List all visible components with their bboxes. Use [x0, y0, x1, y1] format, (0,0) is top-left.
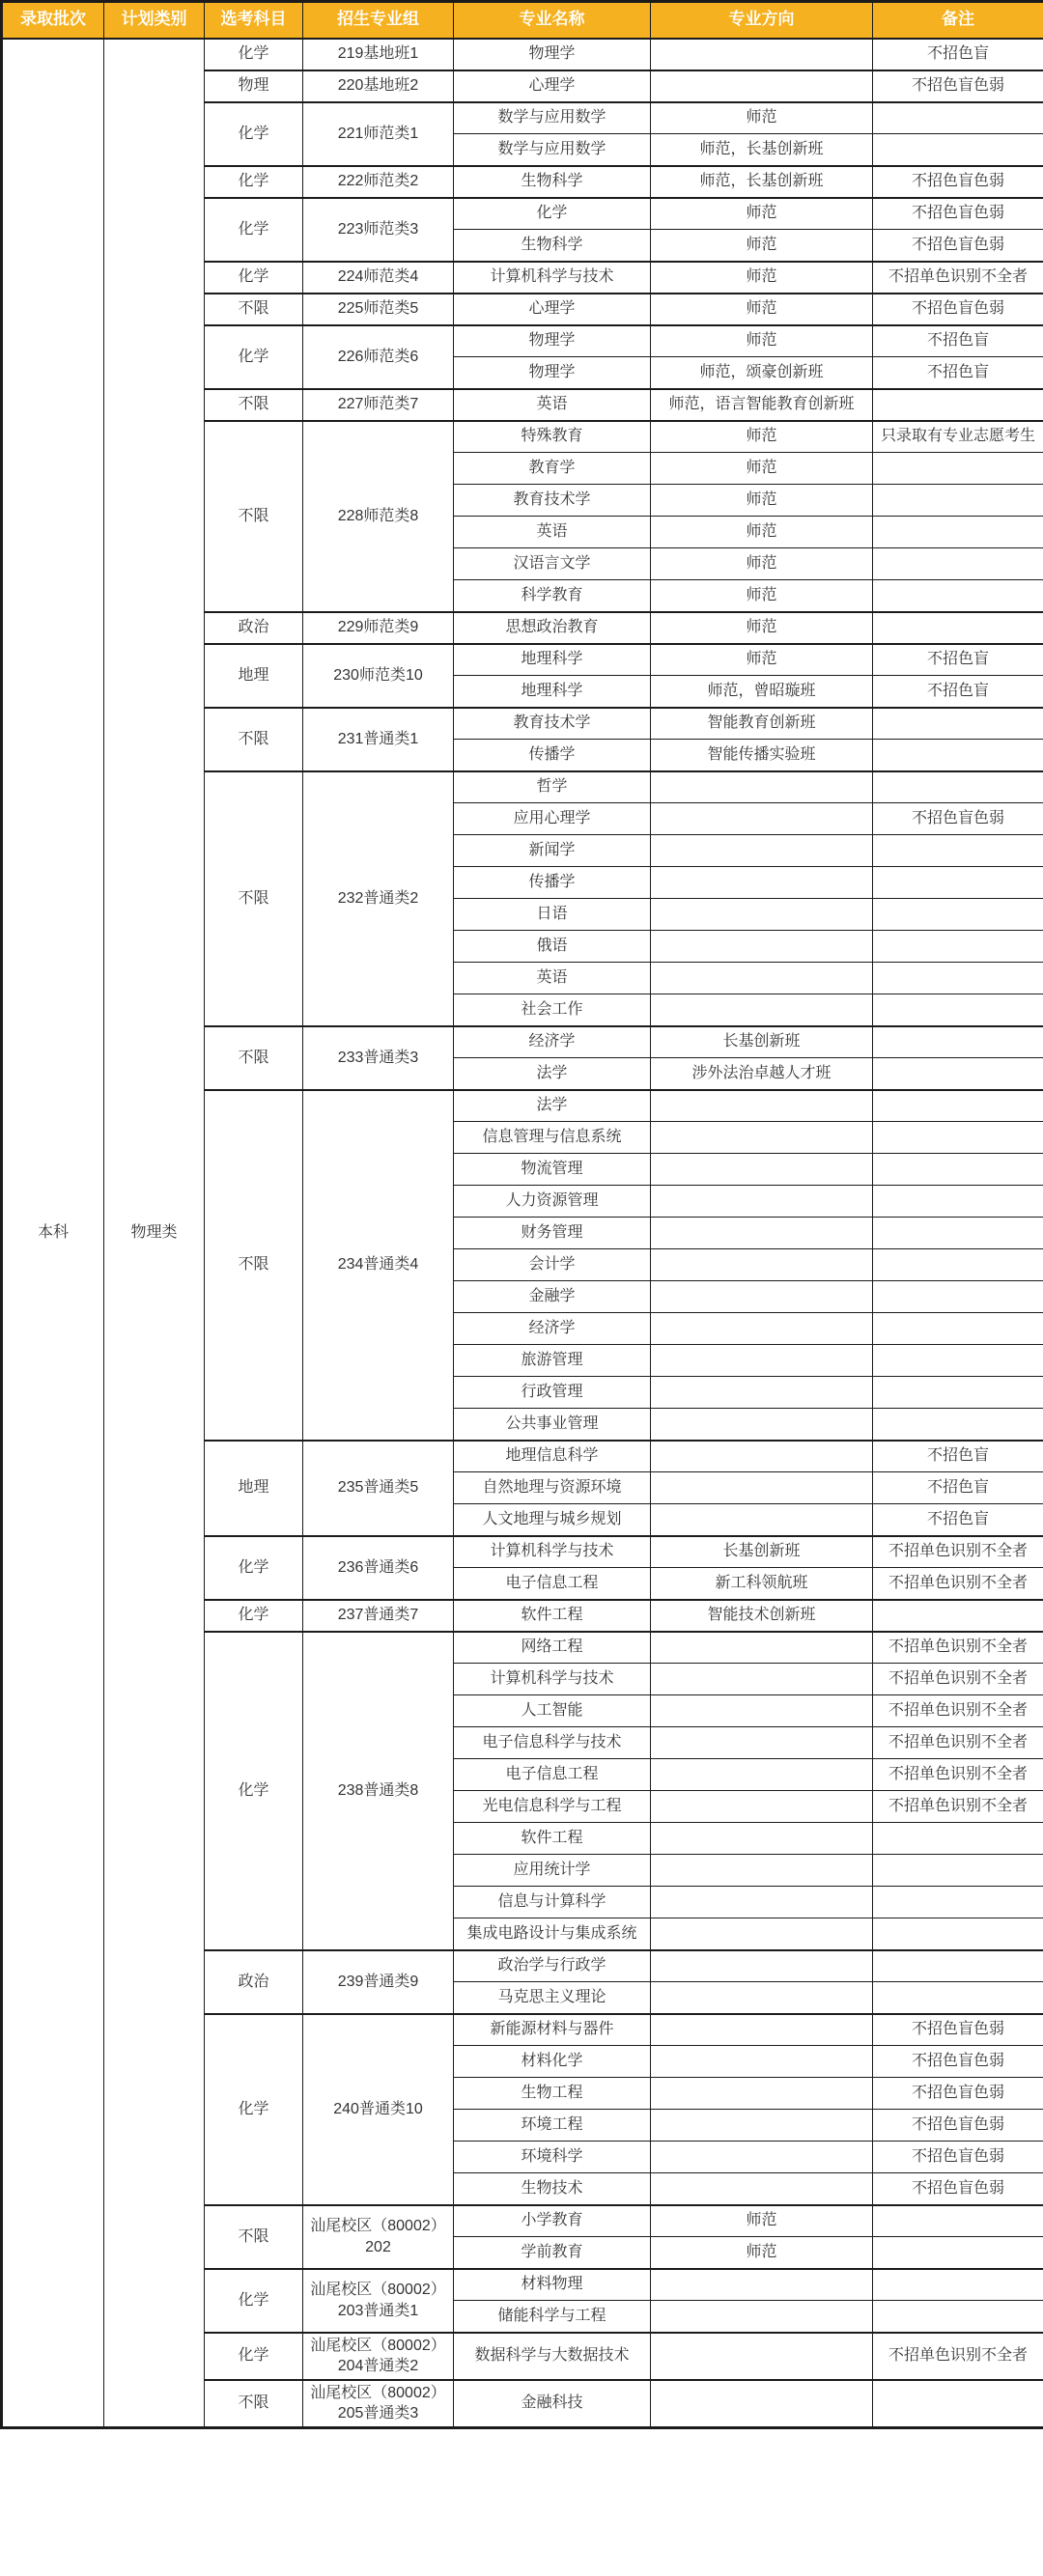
- major-direction-cell: [651, 2014, 873, 2046]
- major-direction-cell: 智能传播实验班: [651, 740, 873, 771]
- major-name-cell: 行政管理: [454, 1377, 651, 1409]
- major-group-cell: 224师范类4: [303, 262, 454, 294]
- major-direction-cell: [651, 1122, 873, 1154]
- remark-cell: 不招色盲色弱: [873, 2014, 1043, 2046]
- col-header-plan-category: 计划类别: [104, 2, 205, 39]
- major-direction-cell: 涉外法治卓越人才班: [651, 1058, 873, 1090]
- major-name-cell: 物理学: [454, 357, 651, 389]
- major-group-cell: 239普通类9: [303, 1950, 454, 2014]
- remark-cell: 不招色盲: [873, 39, 1043, 70]
- batch-cell: 本科: [2, 39, 104, 2428]
- major-direction-cell: 师范: [651, 2237, 873, 2269]
- major-direction-cell: [651, 1887, 873, 1918]
- major-direction-cell: [651, 1090, 873, 1122]
- remark-cell: [873, 740, 1043, 771]
- subject-cell: 化学: [205, 1632, 303, 1950]
- subject-cell: 不限: [205, 771, 303, 1026]
- remark-cell: [873, 1281, 1043, 1313]
- major-name-cell: 软件工程: [454, 1823, 651, 1855]
- major-direction-cell: [651, 1950, 873, 1982]
- subject-cell: 地理: [205, 1441, 303, 1536]
- subject-cell: 不限: [205, 294, 303, 325]
- major-name-cell: 新能源材料与器件: [454, 2014, 651, 2046]
- major-name-cell: 思想政治教育: [454, 612, 651, 644]
- remark-cell: 不招单色识别不全者: [873, 2333, 1043, 2380]
- major-direction-cell: 师范: [651, 2205, 873, 2237]
- major-name-cell: 俄语: [454, 931, 651, 963]
- major-direction-cell: [651, 1632, 873, 1664]
- header-row: 录取批次 计划类别 选考科目 招生专业组 专业名称 专业方向 备注: [2, 2, 1043, 39]
- major-group-cell: 229师范类9: [303, 612, 454, 644]
- major-group-cell: 228师范类8: [303, 421, 454, 612]
- remark-cell: 不招单色识别不全者: [873, 1632, 1043, 1664]
- major-direction-cell: 师范: [651, 294, 873, 325]
- major-name-cell: 计算机科学与技术: [454, 1664, 651, 1695]
- major-name-cell: 物理学: [454, 325, 651, 357]
- remark-cell: [873, 835, 1043, 867]
- major-name-cell: 软件工程: [454, 1600, 651, 1632]
- col-header-major-group: 招生专业组: [303, 2, 454, 39]
- remark-cell: 不招单色识别不全者: [873, 262, 1043, 294]
- major-direction-cell: 智能技术创新班: [651, 1600, 873, 1632]
- major-name-cell: 特殊教育: [454, 421, 651, 453]
- major-name-cell: 物理学: [454, 39, 651, 70]
- remark-cell: 不招色盲: [873, 644, 1043, 676]
- subject-cell: 不限: [205, 2380, 303, 2428]
- remark-cell: 不招色盲色弱: [873, 166, 1043, 198]
- major-direction-cell: [651, 1377, 873, 1409]
- major-direction-cell: [651, 1982, 873, 2014]
- major-direction-cell: [651, 2110, 873, 2142]
- major-name-cell: 传播学: [454, 867, 651, 899]
- major-group-cell: 234普通类4: [303, 1090, 454, 1441]
- major-name-cell: 传播学: [454, 740, 651, 771]
- major-group-cell: 235普通类5: [303, 1441, 454, 1536]
- remark-cell: 不招单色识别不全者: [873, 1791, 1043, 1823]
- major-name-cell: 教育技术学: [454, 708, 651, 740]
- major-direction-cell: 长基创新班: [651, 1536, 873, 1568]
- remark-cell: [873, 1154, 1043, 1186]
- admission-plan-page: 录取批次 计划类别 选考科目 招生专业组 专业名称 专业方向 备注 本科物理类化…: [0, 0, 1043, 2576]
- remark-cell: [873, 1186, 1043, 1218]
- major-direction-cell: 师范，长基创新班: [651, 166, 873, 198]
- remark-cell: [873, 708, 1043, 740]
- remark-cell: [873, 102, 1043, 134]
- remark-cell: [873, 134, 1043, 166]
- major-direction-cell: [651, 70, 873, 102]
- major-direction-cell: [651, 2269, 873, 2301]
- major-name-cell: 学前教育: [454, 2237, 651, 2269]
- remark-cell: [873, 2205, 1043, 2237]
- remark-cell: 不招单色识别不全者: [873, 1568, 1043, 1600]
- major-name-cell: 马克思主义理论: [454, 1982, 651, 2014]
- major-direction-cell: [651, 1186, 873, 1218]
- remark-cell: [873, 1090, 1043, 1122]
- major-name-cell: 计算机科学与技术: [454, 1536, 651, 1568]
- major-name-cell: 电子信息工程: [454, 1759, 651, 1791]
- major-name-cell: 人力资源管理: [454, 1186, 651, 1218]
- major-direction-cell: 师范: [651, 644, 873, 676]
- major-direction-cell: 师范，曾昭璇班: [651, 676, 873, 708]
- remark-cell: [873, 612, 1043, 644]
- major-direction-cell: 长基创新班: [651, 1026, 873, 1058]
- major-group-cell: 240普通类10: [303, 2014, 454, 2205]
- subject-cell: 物理: [205, 70, 303, 102]
- major-name-cell: 计算机科学与技术: [454, 262, 651, 294]
- remark-cell: 不招色盲: [873, 1441, 1043, 1472]
- major-name-cell: 集成电路设计与集成系统: [454, 1918, 651, 1950]
- major-direction-cell: 师范，长基创新班: [651, 134, 873, 166]
- remark-cell: 不招单色识别不全者: [873, 1536, 1043, 1568]
- major-name-cell: 自然地理与资源环境: [454, 1472, 651, 1504]
- remark-cell: 不招色盲: [873, 676, 1043, 708]
- major-group-cell: 231普通类1: [303, 708, 454, 771]
- major-name-cell: 英语: [454, 389, 651, 421]
- remark-cell: 不招色盲色弱: [873, 803, 1043, 835]
- remark-cell: 不招单色识别不全者: [873, 1727, 1043, 1759]
- major-direction-cell: [651, 2333, 873, 2380]
- remark-cell: [873, 1377, 1043, 1409]
- major-name-cell: 材料化学: [454, 2046, 651, 2078]
- major-direction-cell: 师范: [651, 102, 873, 134]
- remark-cell: [873, 1855, 1043, 1887]
- major-name-cell: 数学与应用数学: [454, 134, 651, 166]
- major-direction-cell: [651, 994, 873, 1026]
- major-name-cell: 教育技术学: [454, 485, 651, 517]
- subject-cell: 不限: [205, 1026, 303, 1090]
- major-group-cell: 225师范类5: [303, 294, 454, 325]
- major-name-cell: 新闻学: [454, 835, 651, 867]
- major-direction-cell: [651, 1345, 873, 1377]
- major-direction-cell: [651, 2173, 873, 2205]
- major-name-cell: 网络工程: [454, 1632, 651, 1664]
- major-name-cell: 生物科学: [454, 166, 651, 198]
- major-name-cell: 英语: [454, 517, 651, 548]
- plan-category-cell: 物理类: [104, 39, 205, 2428]
- remark-cell: [873, 867, 1043, 899]
- major-group-cell: 汕尾校区（80002）204普通类2: [303, 2333, 454, 2380]
- major-direction-cell: [651, 2380, 873, 2428]
- major-name-cell: 电子信息科学与技术: [454, 1727, 651, 1759]
- major-name-cell: 日语: [454, 899, 651, 931]
- major-group-cell: 233普通类3: [303, 1026, 454, 1090]
- major-name-cell: 地理科学: [454, 676, 651, 708]
- major-group-cell: 220基地班2: [303, 70, 454, 102]
- remark-cell: [873, 1026, 1043, 1058]
- major-name-cell: 经济学: [454, 1313, 651, 1345]
- remark-cell: 不招色盲色弱: [873, 2078, 1043, 2110]
- major-name-cell: 社会工作: [454, 994, 651, 1026]
- subject-cell: 化学: [205, 39, 303, 70]
- major-name-cell: 数学与应用数学: [454, 102, 651, 134]
- major-name-cell: 会计学: [454, 1249, 651, 1281]
- major-direction-cell: [651, 1695, 873, 1727]
- major-direction-cell: 师范，颂豪创新班: [651, 357, 873, 389]
- major-name-cell: 电子信息工程: [454, 1568, 651, 1600]
- major-group-cell: 222师范类2: [303, 166, 454, 198]
- major-name-cell: 心理学: [454, 294, 651, 325]
- subject-cell: 不限: [205, 2205, 303, 2269]
- remark-cell: 不招单色识别不全者: [873, 1695, 1043, 1727]
- major-name-cell: 财务管理: [454, 1218, 651, 1249]
- remark-cell: 不招色盲: [873, 357, 1043, 389]
- remark-cell: [873, 771, 1043, 803]
- remark-cell: [873, 517, 1043, 548]
- major-direction-cell: 师范: [651, 517, 873, 548]
- major-name-cell: 应用心理学: [454, 803, 651, 835]
- remark-cell: 不招色盲色弱: [873, 2046, 1043, 2078]
- major-direction-cell: 师范: [651, 421, 873, 453]
- remark-cell: [873, 1982, 1043, 2014]
- major-name-cell: 生物工程: [454, 2078, 651, 2110]
- major-name-cell: 化学: [454, 198, 651, 230]
- major-direction-cell: [651, 931, 873, 963]
- remark-cell: [873, 963, 1043, 994]
- major-direction-cell: [651, 899, 873, 931]
- major-name-cell: 公共事业管理: [454, 1409, 651, 1441]
- remark-cell: [873, 1313, 1043, 1345]
- major-group-cell: 219基地班1: [303, 39, 454, 70]
- major-name-cell: 信息管理与信息系统: [454, 1122, 651, 1154]
- major-direction-cell: 师范: [651, 325, 873, 357]
- subject-cell: 化学: [205, 262, 303, 294]
- subject-cell: 化学: [205, 198, 303, 262]
- remark-cell: [873, 485, 1043, 517]
- major-direction-cell: [651, 1249, 873, 1281]
- major-name-cell: 应用统计学: [454, 1855, 651, 1887]
- col-header-exam-subjects: 选考科目: [205, 2, 303, 39]
- major-name-cell: 金融学: [454, 1281, 651, 1313]
- major-direction-cell: [651, 1281, 873, 1313]
- remark-cell: [873, 2301, 1043, 2333]
- subject-cell: 化学: [205, 325, 303, 389]
- major-direction-cell: [651, 1504, 873, 1536]
- major-name-cell: 人文地理与城乡规划: [454, 1504, 651, 1536]
- major-direction-cell: 师范: [651, 612, 873, 644]
- major-direction-cell: [651, 1727, 873, 1759]
- remark-cell: 不招色盲色弱: [873, 198, 1043, 230]
- remark-cell: 不招色盲色弱: [873, 2110, 1043, 2142]
- col-header-admission-batch: 录取批次: [2, 2, 104, 39]
- major-name-cell: 教育学: [454, 453, 651, 485]
- remark-cell: [873, 1249, 1043, 1281]
- major-direction-cell: [651, 1218, 873, 1249]
- major-name-cell: 生物技术: [454, 2173, 651, 2205]
- major-direction-cell: [651, 1472, 873, 1504]
- major-direction-cell: [651, 1154, 873, 1186]
- major-name-cell: 储能科学与工程: [454, 2301, 651, 2333]
- table-body: 本科物理类化学219基地班1物理学不招色盲物理220基地班2心理学不招色盲色弱化…: [2, 39, 1043, 2428]
- major-direction-cell: 师范: [651, 198, 873, 230]
- subject-cell: 不限: [205, 421, 303, 612]
- major-group-cell: 223师范类3: [303, 198, 454, 262]
- remark-cell: 不招色盲色弱: [873, 70, 1043, 102]
- major-name-cell: 数据科学与大数据技术: [454, 2333, 651, 2380]
- subject-cell: 政治: [205, 1950, 303, 2014]
- remark-cell: [873, 2269, 1043, 2301]
- remark-cell: 不招色盲: [873, 1504, 1043, 1536]
- major-direction-cell: [651, 39, 873, 70]
- major-direction-cell: 师范，语言智能教育创新班: [651, 389, 873, 421]
- subject-cell: 化学: [205, 1600, 303, 1632]
- major-name-cell: 物流管理: [454, 1154, 651, 1186]
- major-name-cell: 材料物理: [454, 2269, 651, 2301]
- major-direction-cell: [651, 1759, 873, 1791]
- major-group-cell: 227师范类7: [303, 389, 454, 421]
- subject-cell: 化学: [205, 1536, 303, 1600]
- major-direction-cell: [651, 803, 873, 835]
- major-name-cell: 环境工程: [454, 2110, 651, 2142]
- remark-cell: 不招色盲: [873, 1472, 1043, 1504]
- major-direction-cell: [651, 2142, 873, 2173]
- major-group-cell: 汕尾校区（80002）205普通类3: [303, 2380, 454, 2428]
- remark-cell: [873, 1409, 1043, 1441]
- remark-cell: [873, 389, 1043, 421]
- major-direction-cell: 师范: [651, 485, 873, 517]
- major-name-cell: 环境科学: [454, 2142, 651, 2173]
- remark-cell: [873, 1887, 1043, 1918]
- major-direction-cell: [651, 1791, 873, 1823]
- remark-cell: 不招色盲色弱: [873, 2173, 1043, 2205]
- major-group-cell: 226师范类6: [303, 325, 454, 389]
- major-direction-cell: [651, 1441, 873, 1472]
- col-header-major-direction: 专业方向: [651, 2, 873, 39]
- remark-cell: [873, 1058, 1043, 1090]
- major-direction-cell: [651, 1823, 873, 1855]
- major-name-cell: 科学教育: [454, 580, 651, 612]
- major-name-cell: 光电信息科学与工程: [454, 1791, 651, 1823]
- subject-cell: 化学: [205, 2269, 303, 2333]
- major-direction-cell: 智能教育创新班: [651, 708, 873, 740]
- remark-cell: [873, 1918, 1043, 1950]
- remark-cell: [873, 1950, 1043, 1982]
- major-direction-cell: [651, 1855, 873, 1887]
- remark-cell: 只录取有专业志愿考生: [873, 421, 1043, 453]
- remark-cell: 不招色盲: [873, 325, 1043, 357]
- subject-cell: 化学: [205, 2014, 303, 2205]
- major-name-cell: 旅游管理: [454, 1345, 651, 1377]
- major-name-cell: 法学: [454, 1090, 651, 1122]
- major-direction-cell: 师范: [651, 580, 873, 612]
- remark-cell: [873, 994, 1043, 1026]
- major-group-cell: 汕尾校区（80002）202: [303, 2205, 454, 2269]
- subject-cell: 政治: [205, 612, 303, 644]
- remark-cell: 不招色盲色弱: [873, 2142, 1043, 2173]
- remark-cell: [873, 899, 1043, 931]
- major-direction-cell: [651, 2301, 873, 2333]
- subject-cell: 不限: [205, 708, 303, 771]
- major-direction-cell: [651, 1918, 873, 1950]
- major-name-cell: 政治学与行政学: [454, 1950, 651, 1982]
- remark-cell: [873, 931, 1043, 963]
- table-row: 本科物理类化学219基地班1物理学不招色盲: [2, 39, 1043, 70]
- remark-cell: 不招色盲色弱: [873, 230, 1043, 262]
- major-direction-cell: [651, 963, 873, 994]
- remark-cell: [873, 1122, 1043, 1154]
- table-header: 录取批次 计划类别 选考科目 招生专业组 专业名称 专业方向 备注: [2, 2, 1043, 39]
- col-header-major-name: 专业名称: [454, 2, 651, 39]
- major-direction-cell: [651, 1664, 873, 1695]
- major-name-cell: 英语: [454, 963, 651, 994]
- remark-cell: [873, 453, 1043, 485]
- subject-cell: 化学: [205, 102, 303, 166]
- major-direction-cell: [651, 771, 873, 803]
- admission-plan-table: 录取批次 计划类别 选考科目 招生专业组 专业名称 专业方向 备注 本科物理类化…: [0, 0, 1043, 2429]
- remark-cell: [873, 1345, 1043, 1377]
- major-name-cell: 汉语言文学: [454, 548, 651, 580]
- major-name-cell: 哲学: [454, 771, 651, 803]
- major-direction-cell: 新工科领航班: [651, 1568, 873, 1600]
- major-name-cell: 地理科学: [454, 644, 651, 676]
- major-name-cell: 地理信息科学: [454, 1441, 651, 1472]
- remark-cell: [873, 1600, 1043, 1632]
- major-group-cell: 汕尾校区（80002）203普通类1: [303, 2269, 454, 2333]
- subject-cell: 不限: [205, 1090, 303, 1441]
- major-direction-cell: [651, 1313, 873, 1345]
- major-group-cell: 236普通类6: [303, 1536, 454, 1600]
- remark-cell: 不招单色识别不全者: [873, 1664, 1043, 1695]
- major-group-cell: 232普通类2: [303, 771, 454, 1026]
- major-direction-cell: [651, 835, 873, 867]
- major-name-cell: 法学: [454, 1058, 651, 1090]
- major-group-cell: 237普通类7: [303, 1600, 454, 1632]
- remark-cell: [873, 1823, 1043, 1855]
- major-direction-cell: [651, 2078, 873, 2110]
- major-name-cell: 小学教育: [454, 2205, 651, 2237]
- major-group-cell: 221师范类1: [303, 102, 454, 166]
- remark-cell: [873, 548, 1043, 580]
- col-header-remarks: 备注: [873, 2, 1043, 39]
- major-name-cell: 金融科技: [454, 2380, 651, 2428]
- major-name-cell: 生物科学: [454, 230, 651, 262]
- major-name-cell: 经济学: [454, 1026, 651, 1058]
- major-direction-cell: [651, 867, 873, 899]
- major-group-cell: 230师范类10: [303, 644, 454, 708]
- major-direction-cell: [651, 1409, 873, 1441]
- major-name-cell: 人工智能: [454, 1695, 651, 1727]
- subject-cell: 地理: [205, 644, 303, 708]
- remark-cell: 不招色盲色弱: [873, 294, 1043, 325]
- major-direction-cell: 师范: [651, 230, 873, 262]
- major-direction-cell: 师范: [651, 548, 873, 580]
- major-direction-cell: 师范: [651, 453, 873, 485]
- remark-cell: [873, 2237, 1043, 2269]
- subject-cell: 化学: [205, 166, 303, 198]
- remark-cell: [873, 580, 1043, 612]
- major-name-cell: 心理学: [454, 70, 651, 102]
- subject-cell: 不限: [205, 389, 303, 421]
- remark-cell: 不招单色识别不全者: [873, 1759, 1043, 1791]
- subject-cell: 化学: [205, 2333, 303, 2380]
- major-direction-cell: [651, 2046, 873, 2078]
- major-group-cell: 238普通类8: [303, 1632, 454, 1950]
- major-direction-cell: 师范: [651, 262, 873, 294]
- major-name-cell: 信息与计算科学: [454, 1887, 651, 1918]
- remark-cell: [873, 2380, 1043, 2428]
- remark-cell: [873, 1218, 1043, 1249]
